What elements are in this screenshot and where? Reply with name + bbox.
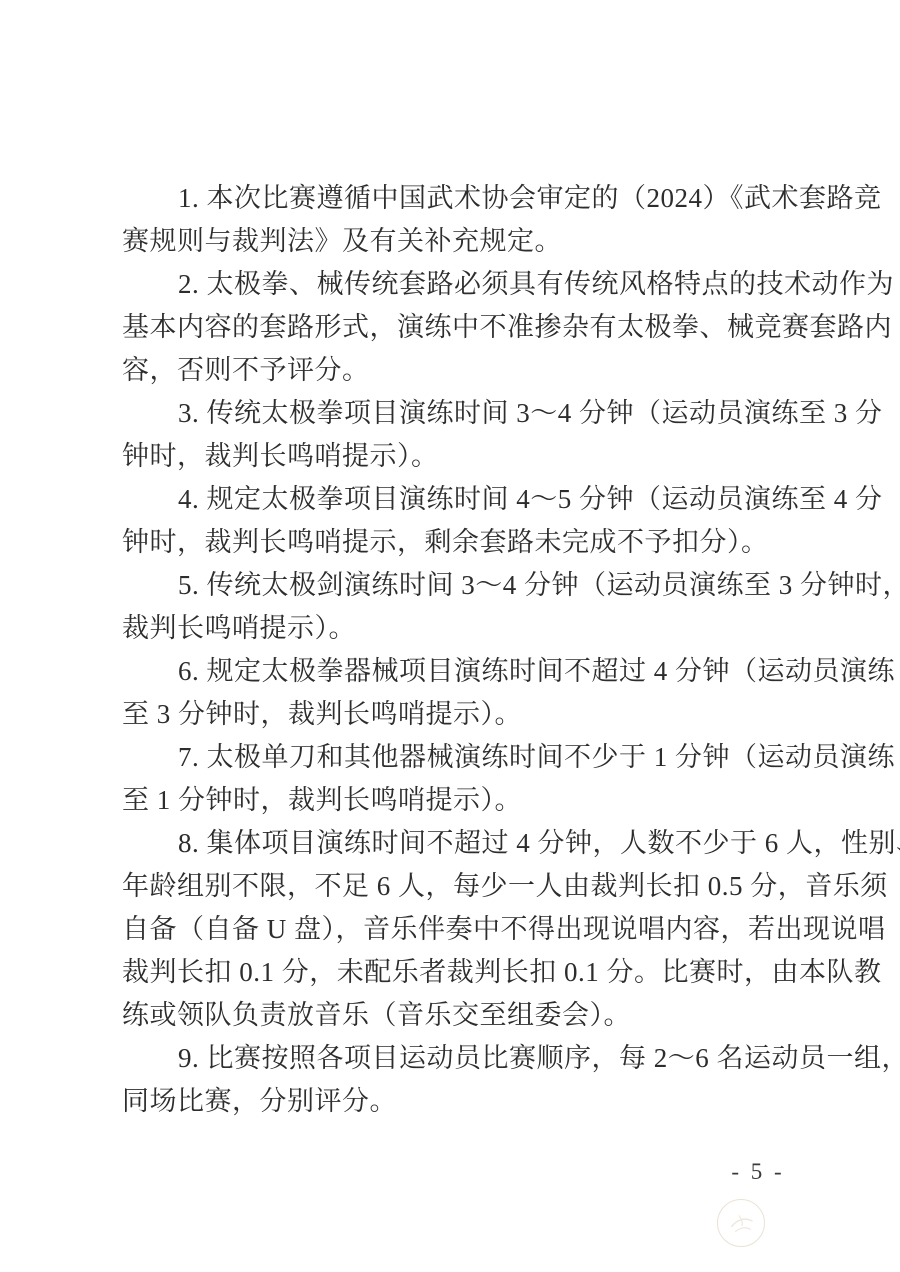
text-line: 1. 本次比赛遵循中国武术协会审定的（2024）《武术套路竞	[122, 177, 790, 220]
text-line: 5. 传统太极剑演练时间 3～4 分钟（运动员演练至 3 分钟时，	[122, 564, 790, 607]
seal-watermark	[717, 1199, 765, 1247]
page-number: - 5 -	[700, 1157, 816, 1187]
text-line: 3. 传统太极拳项目演练时间 3～4 分钟（运动员演练至 3 分	[122, 392, 790, 435]
text-line: 容，否则不予评分。	[122, 349, 790, 392]
paragraph-rule-7: 7. 太极单刀和其他器械演练时间不少于 1 分钟（运动员演练 至 1 分钟时，裁…	[122, 736, 790, 822]
paragraph-rule-1: 1. 本次比赛遵循中国武术协会审定的（2024）《武术套路竞 赛规则与裁判法》及…	[122, 177, 790, 263]
paragraph-rule-4: 4. 规定太极拳项目演练时间 4～5 分钟（运动员演练至 4 分 钟时，裁判长鸣…	[122, 478, 790, 564]
text-line: 赛规则与裁判法》及有关补充规定。	[122, 220, 790, 263]
text-line: 同场比赛，分别评分。	[122, 1080, 790, 1123]
paragraph-rule-6: 6. 规定太极拳器械项目演练时间不超过 4 分钟（运动员演练 至 3 分钟时，裁…	[122, 650, 790, 736]
paragraph-rule-8: 8. 集体项目演练时间不超过 4 分钟，人数不少于 6 人，性别、 年龄组别不限…	[122, 822, 790, 1037]
text-line: 自备（自备 U 盘），音乐伴奏中不得出现说唱内容，若出现说唱	[122, 908, 790, 951]
text-line: 钟时，裁判长鸣哨提示，剩余套路未完成不予扣分）。	[122, 521, 790, 564]
text-line: 9. 比赛按照各项目运动员比赛顺序，每 2～6 名运动员一组，	[122, 1037, 790, 1080]
text-line: 练或领队负责放音乐（音乐交至组委会）。	[122, 994, 790, 1037]
text-line: 年龄组别不限，不足 6 人，每少一人由裁判长扣 0.5 分，音乐须	[122, 865, 790, 908]
text-line: 7. 太极单刀和其他器械演练时间不少于 1 分钟（运动员演练	[122, 736, 790, 779]
document-page: 1. 本次比赛遵循中国武术协会审定的（2024）《武术套路竞 赛规则与裁判法》及…	[0, 0, 900, 1272]
document-body: 1. 本次比赛遵循中国武术协会审定的（2024）《武术套路竞 赛规则与裁判法》及…	[122, 177, 790, 1123]
text-line: 裁判长鸣哨提示）。	[122, 607, 790, 650]
paragraph-rule-5: 5. 传统太极剑演练时间 3～4 分钟（运动员演练至 3 分钟时， 裁判长鸣哨提…	[122, 564, 790, 650]
paragraph-rule-3: 3. 传统太极拳项目演练时间 3～4 分钟（运动员演练至 3 分 钟时，裁判长鸣…	[122, 392, 790, 478]
text-line: 裁判长扣 0.1 分，未配乐者裁判长扣 0.1 分。比赛时，由本队教	[122, 951, 790, 994]
text-line: 至 3 分钟时，裁判长鸣哨提示）。	[122, 693, 790, 736]
paragraph-rule-9: 9. 比赛按照各项目运动员比赛顺序，每 2～6 名运动员一组， 同场比赛，分别评…	[122, 1037, 790, 1123]
text-line: 8. 集体项目演练时间不超过 4 分钟，人数不少于 6 人，性别、	[122, 822, 790, 865]
paragraph-rule-2: 2. 太极拳、械传统套路必须具有传统风格特点的技术动作为 基本内容的套路形式，演…	[122, 263, 790, 392]
text-line: 2. 太极拳、械传统套路必须具有传统风格特点的技术动作为	[122, 263, 790, 306]
text-line: 钟时，裁判长鸣哨提示）。	[122, 435, 790, 478]
text-line: 至 1 分钟时，裁判长鸣哨提示）。	[122, 779, 790, 822]
text-line: 6. 规定太极拳器械项目演练时间不超过 4 分钟（运动员演练	[122, 650, 790, 693]
text-line: 4. 规定太极拳项目演练时间 4～5 分钟（运动员演练至 4 分	[122, 478, 790, 521]
text-line: 基本内容的套路形式，演练中不准掺杂有太极拳、械竞赛套路内	[122, 306, 790, 349]
